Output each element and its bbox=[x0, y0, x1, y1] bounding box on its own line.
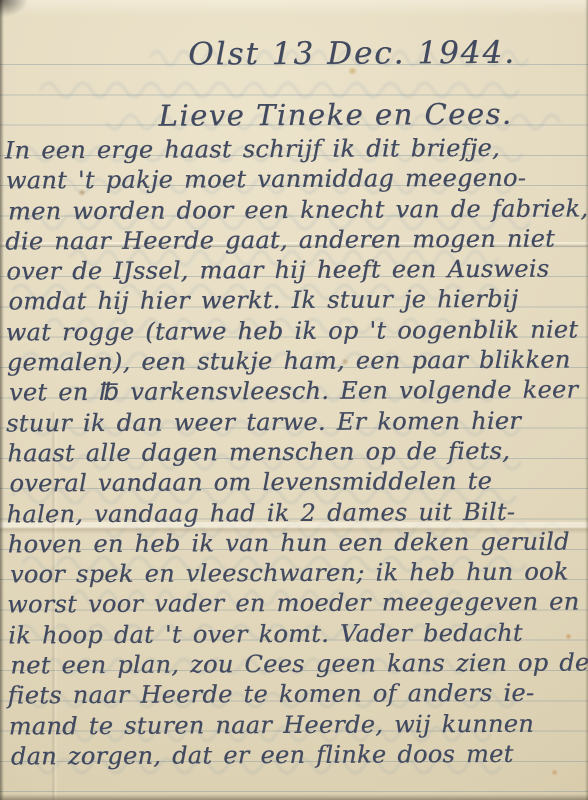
body-line: worst voor vader en moeder meegegeven en… bbox=[7, 587, 588, 620]
body-line: ik hoop dat 't over komt. Vader bedacht bbox=[7, 617, 588, 650]
body-line: gemalen), een stukje ham, een paar blikk… bbox=[6, 345, 588, 378]
body-line: vet en ℔ varkensvleesch. Een volgende ke… bbox=[6, 375, 588, 408]
body-line: fiets naar Heerde te komen of anders ie- bbox=[7, 678, 588, 711]
body-line: net een plan, zou Cees geen kans zien op… bbox=[7, 648, 588, 681]
body-line: mand te sturen naar Heerde, wij kunnen bbox=[8, 708, 588, 741]
body-line: voor spek en vleeschwaren; ik heb hun oo… bbox=[7, 557, 588, 590]
body-line: die naar Heerde gaat, anderen mogen niet bbox=[5, 223, 587, 256]
salutation: Lieve Tineke en Cees. bbox=[158, 97, 512, 133]
handwriting-layer: Olst 13 Dec. 1944. Lieve Tineke en Cees.… bbox=[0, 0, 588, 800]
body-line: stuur ik dan weer tarwe. Er komen hier bbox=[6, 405, 588, 438]
body-line: wat rogge (tarwe heb ik op 't oogenblik … bbox=[6, 314, 588, 347]
body-line: dan zorgen, dat er een flinke doos met bbox=[8, 738, 588, 771]
letter-page: Olst 13 Dec. 1944. Lieve Tineke en Cees.… bbox=[0, 0, 588, 800]
dateline: Olst 13 Dec. 1944. bbox=[188, 35, 516, 73]
body-line: haast alle dagen menschen op de fiets, bbox=[6, 435, 588, 468]
body-line: over de IJssel, maar hij heeft een Auswe… bbox=[5, 254, 587, 287]
body-line: halen, vandaag had ik 2 dames uit Bilt- bbox=[7, 496, 588, 529]
body-line: hoven en heb ik van hun een deken geruil… bbox=[7, 526, 588, 559]
body-line: overal vandaan om levensmiddelen te bbox=[6, 466, 588, 499]
body-line: men worden door een knecht van de fabrie… bbox=[5, 193, 587, 226]
body-line: want 't pakje moet vanmiddag meegeno- bbox=[5, 163, 587, 196]
body-line: omdat hij hier werkt. Ik stuur je hierbi… bbox=[5, 284, 587, 317]
body-line: In een erge haast schrijf ik dit briefje… bbox=[5, 132, 587, 165]
letter-body: In een erge haast schrijf ik dit briefje… bbox=[5, 132, 588, 771]
